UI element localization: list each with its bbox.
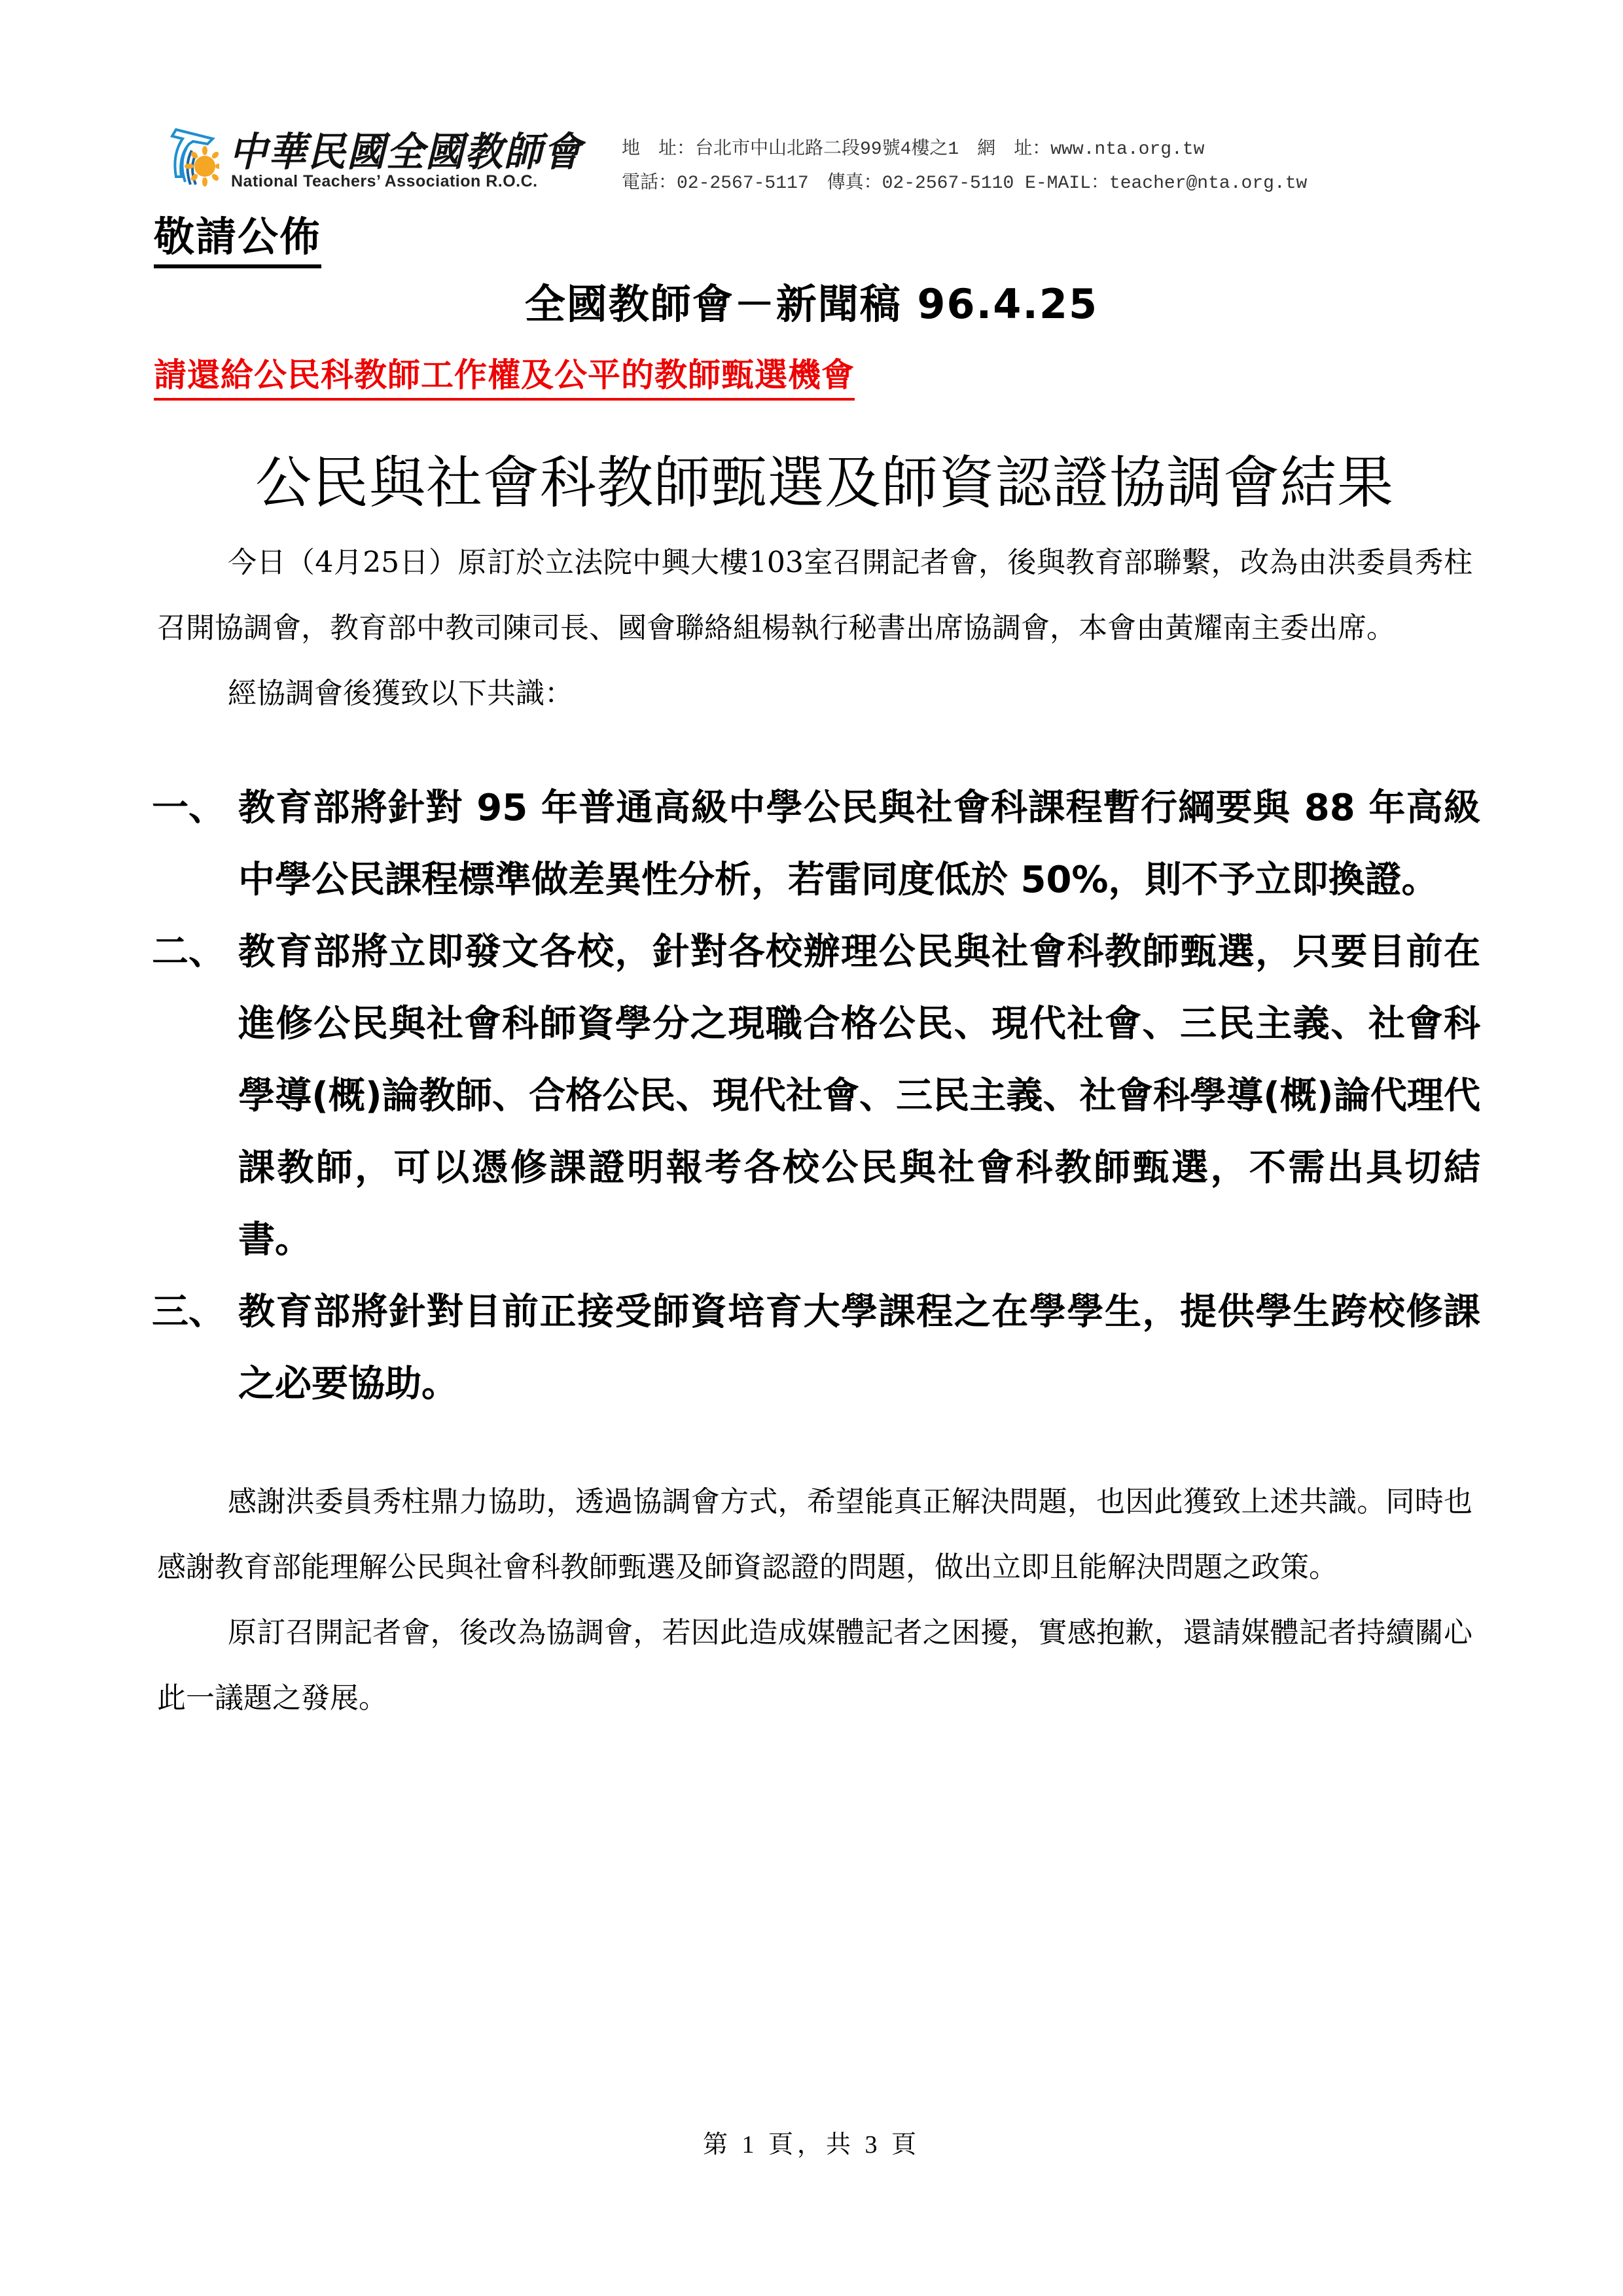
address-line: 地 址：台北市中山北路二段99號4樓之1 網 址：www.nta.org.tw xyxy=(622,133,1307,167)
item-text: 教育部將針對 95 年普通高級中學公民與社會科課程暫行綱要與 88 年高級中學公… xyxy=(238,772,1480,916)
intro-section: 今日（4月25日）原訂於立法院中興大樓103室召開記者會，後與教育部聯繫，改為由… xyxy=(157,530,1472,726)
contact-info: 地 址：台北市中山北路二段99號4樓之1 網 址：www.nta.org.tw電… xyxy=(622,133,1307,201)
item-text: 教育部將立即發文各校，針對各校辦理公民與社會科教師甄選，只要目前在進修公民與社會… xyxy=(238,916,1480,1276)
item-number: 二、 xyxy=(152,916,238,1276)
consensus-lead: 經協調會後獲致以下共識： xyxy=(157,661,1472,726)
thanks-paragraph: 感謝洪委員秀柱鼎力協助，透過協調會方式，希望能真正解決問題，也因此獲致上述共識。… xyxy=(157,1469,1472,1600)
consensus-item: 三、 教育部將針對目前正接受師資培育大學課程之在學學生，提供學生跨校修課之必要協… xyxy=(152,1276,1480,1420)
item-number: 一、 xyxy=(152,772,238,916)
red-subtitle: 請還給公民科教師工作權及公平的教師甄選機會 xyxy=(154,352,855,401)
consensus-item: 二、 教育部將立即發文各校，針對各校辦理公民與社會科教師甄選，只要目前在進修公民… xyxy=(152,916,1480,1276)
publish-notice: 敬請公佈 xyxy=(154,209,321,268)
item-text: 教育部將針對目前正接受師資培育大學課程之在學學生，提供學生跨校修課之必要協助。 xyxy=(238,1276,1480,1420)
letterhead: 中華民國全國教師會 National Teachers’ Association… xyxy=(167,121,1476,200)
closing-section: 感謝洪委員秀柱鼎力協助，透過協調會方式，希望能真正解決問題，也因此獲致上述共識。… xyxy=(157,1469,1472,1731)
org-logo: 中華民國全國教師會 National Teachers’ Association… xyxy=(167,121,546,196)
press-release-title: 全國教師會－新聞稿 96.4.25 xyxy=(0,272,1623,330)
document-page: 中華民國全國教師會 National Teachers’ Association… xyxy=(0,0,1623,2296)
page-number: 第 1 頁，共 3 頁 xyxy=(0,2124,1623,2160)
org-name-chinese: 中華民國全國教師會 xyxy=(229,120,582,177)
consensus-item: 一、 教育部將針對 95 年普通高級中學公民與社會科課程暫行綱要與 88 年高級… xyxy=(152,772,1480,916)
item-number: 三、 xyxy=(152,1276,238,1420)
consensus-list: 一、 教育部將針對 95 年普通高級中學公民與社會科課程暫行綱要與 88 年高級… xyxy=(152,772,1480,1420)
nta-logo-icon xyxy=(167,124,219,190)
org-name-english: National Teachers’ Association R.O.C. xyxy=(231,172,538,191)
main-headline: 公民與社會科教師甄選及師資認證協調會結果 xyxy=(0,437,1623,518)
intro-paragraph: 今日（4月25日）原訂於立法院中興大樓103室召開記者會，後與教育部聯繫，改為由… xyxy=(157,530,1472,661)
apology-paragraph: 原訂召開記者會，後改為協調會，若因此造成媒體記者之困擾，實感抱歉，還請媒體記者持… xyxy=(157,1600,1472,1731)
phone-email-line: 電話：02-2567-5117 傳真：02-2567-5110 E-MAIL：t… xyxy=(622,167,1307,201)
